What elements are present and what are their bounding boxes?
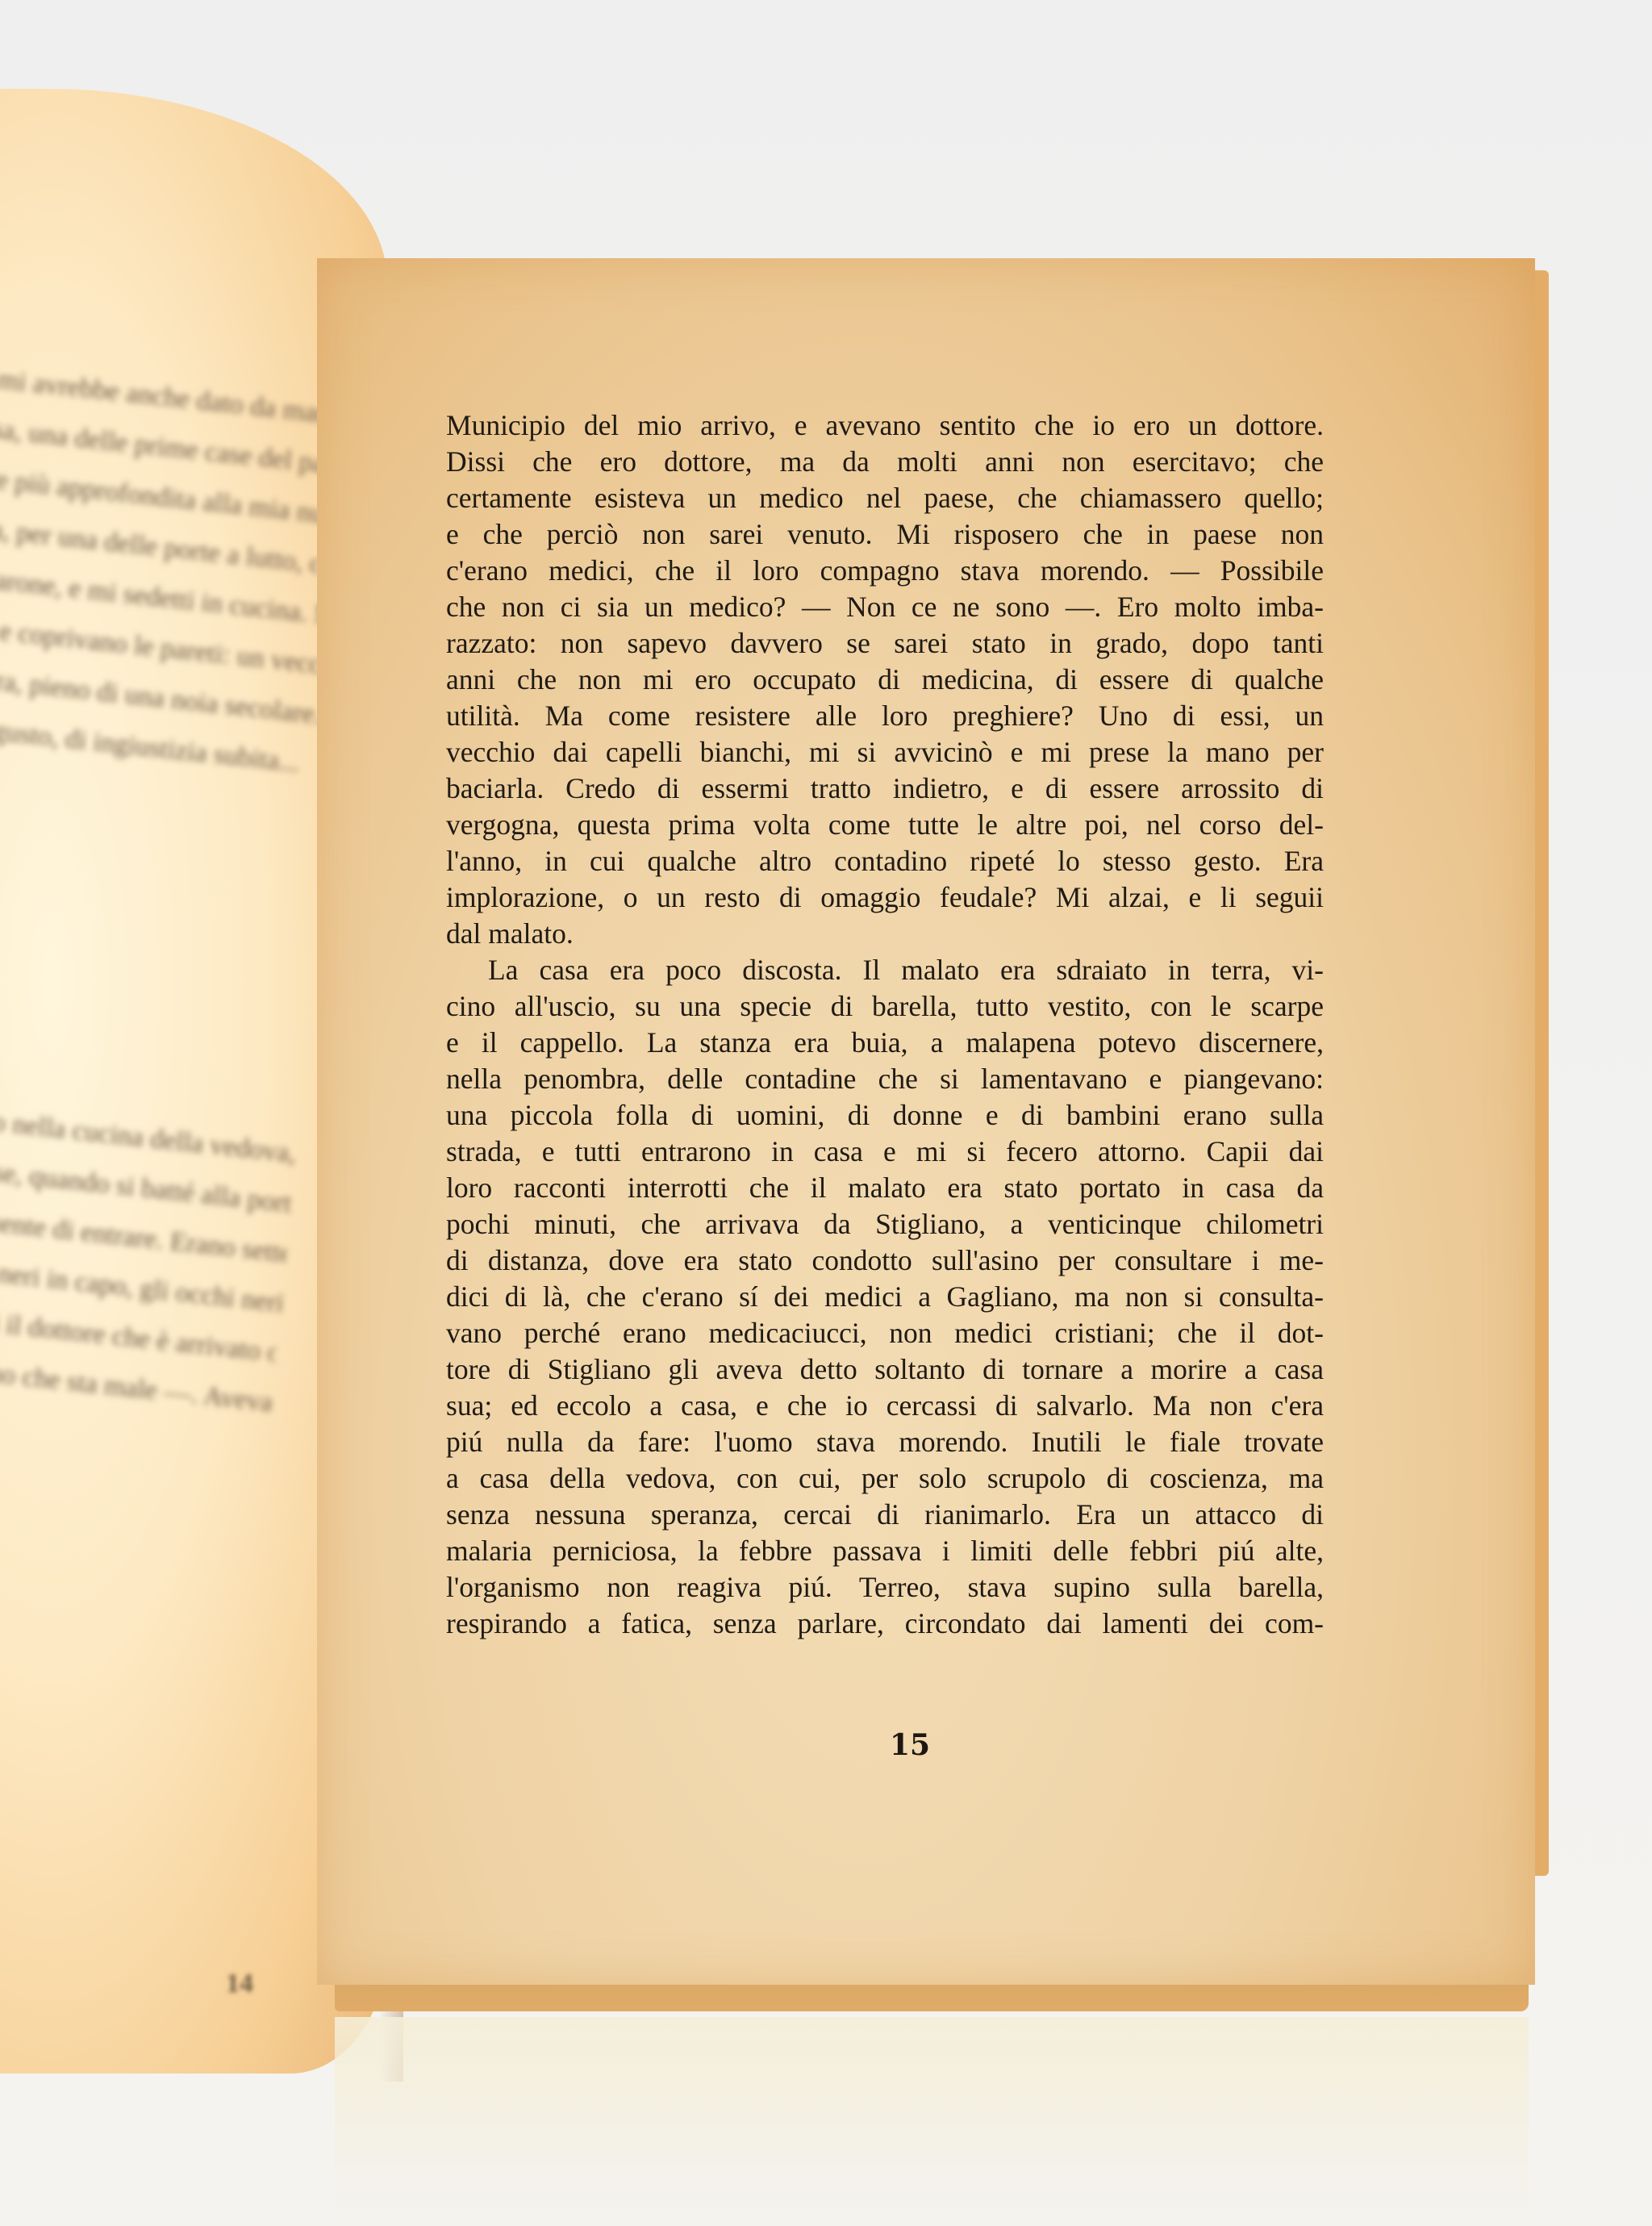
text-line: implorazione, o un resto di omaggio feud… bbox=[446, 879, 1324, 916]
table-reflection bbox=[335, 2017, 1529, 2226]
page-number: 15 bbox=[890, 1728, 930, 1762]
text-line: dal malato. bbox=[446, 916, 1324, 952]
paragraph: Municipio del mio arrivo, e avevano sent… bbox=[446, 407, 1324, 952]
text-line: c'erano medici, che il loro compagno sta… bbox=[446, 553, 1324, 589]
text-line: loro racconti interrotti che il malato e… bbox=[446, 1170, 1324, 1206]
text-line: Dissi che ero dottore, ma da molti anni … bbox=[446, 444, 1324, 480]
text-line: anni che non mi ero occupato di medicina… bbox=[446, 662, 1324, 698]
text-line: nella penombra, delle contadine che si l… bbox=[446, 1061, 1324, 1097]
text-line: vecchio dai capelli bianchi, mi si avvic… bbox=[446, 734, 1324, 771]
underlying-page-edge-right bbox=[1533, 270, 1549, 1876]
text-line: una piccola folla di uomini, di donne e … bbox=[446, 1097, 1324, 1134]
text-line: sua; ed eccolo a casa, e che io cercassi… bbox=[446, 1388, 1324, 1424]
text-line: malaria perniciosa, la febbre passava i … bbox=[446, 1533, 1324, 1569]
text-line: vano perché erano medicaciucci, non medi… bbox=[446, 1315, 1324, 1351]
text-line: di distanza, dove era stato condotto sul… bbox=[446, 1242, 1324, 1279]
text-line: tore di Stigliano gli aveva detto soltan… bbox=[446, 1351, 1324, 1388]
text-line: e che perciò non sarei venuto. Mi rispos… bbox=[446, 516, 1324, 553]
right-page: Municipio del mio arrivo, e avevano sent… bbox=[317, 258, 1535, 1985]
text-line: pochi minuti, che arrivava da Stigliano,… bbox=[446, 1206, 1324, 1242]
text-line: cino all'uscio, su una specie di barella… bbox=[446, 988, 1324, 1025]
text-line: Municipio del mio arrivo, e avevano sent… bbox=[446, 407, 1324, 444]
body-text: Municipio del mio arrivo, e avevano sent… bbox=[446, 407, 1324, 1642]
text-line: a casa della vedova, con cui, per solo s… bbox=[446, 1460, 1324, 1497]
text-line: vergogna, questa prima volta come tutte … bbox=[446, 807, 1324, 843]
text-line: respirando a fatica, senza parlare, circ… bbox=[446, 1606, 1324, 1642]
text-line: strada, e tutti entrarono in casa e mi s… bbox=[446, 1134, 1324, 1170]
text-line: La casa era poco discosta. Il malato era… bbox=[446, 952, 1324, 988]
text-line: l'anno, in cui qualche altro contadino r… bbox=[446, 843, 1324, 879]
text-line: baciarla. Credo di essermi tratto indiet… bbox=[446, 771, 1324, 807]
text-line: che non ci sia un medico? — Non ce ne so… bbox=[446, 589, 1324, 625]
text-line: e il cappello. La stanza era buia, a mal… bbox=[446, 1025, 1324, 1061]
text-line: piú nulla da fare: l'uomo stava morendo.… bbox=[446, 1424, 1324, 1460]
text-line: utilità. Ma come resistere alle loro pre… bbox=[446, 698, 1324, 734]
text-line: senza nessuna speranza, cercai di rianim… bbox=[446, 1497, 1324, 1533]
paragraph: La casa era poco discosta. Il malato era… bbox=[446, 952, 1324, 1642]
text-line: l'organismo non reagiva piú. Terreo, sta… bbox=[446, 1569, 1324, 1606]
text-line: razzato: non sapevo davvero se sarei sta… bbox=[446, 625, 1324, 662]
text-line: dici di là, che c'erano sí dei medici a … bbox=[446, 1279, 1324, 1315]
text-line: certamente esisteva un medico nel paese,… bbox=[446, 480, 1324, 516]
left-page-number: 14 bbox=[226, 1969, 253, 1999]
